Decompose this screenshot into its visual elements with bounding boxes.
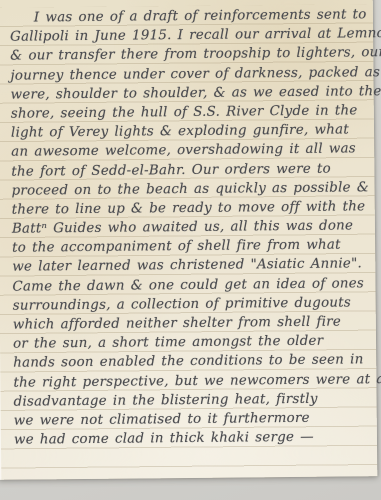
manuscript-page: I was one of a draft of reinforcements s…	[0, 0, 377, 480]
handwritten-line: we had come clad in thick khaki serge —	[14, 427, 370, 450]
handwritten-line: disadvantage in the blistering heat, fir…	[13, 389, 369, 412]
scanned-photo-background: I was one of a draft of reinforcements s…	[0, 0, 381, 500]
handwritten-text-block: I was one of a draft of reinforcements s…	[10, 5, 370, 450]
